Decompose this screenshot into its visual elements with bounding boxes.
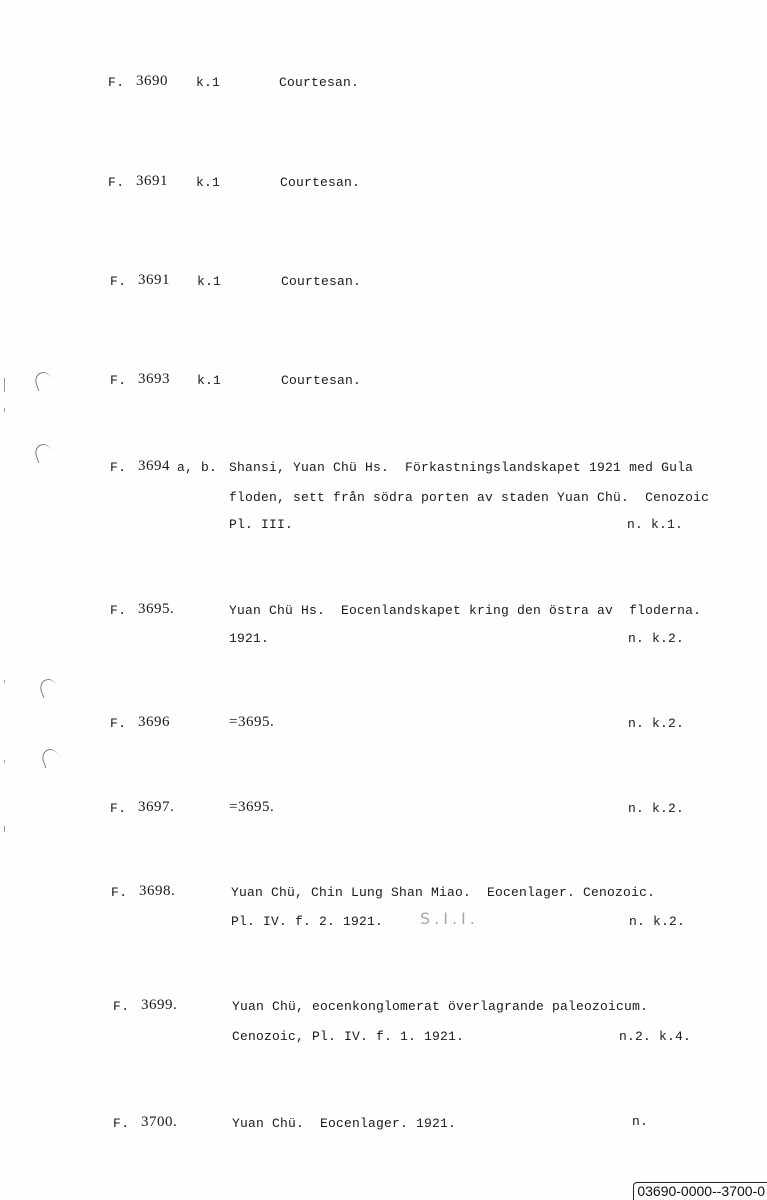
entry-prefix: F.	[110, 716, 127, 731]
entry-number: 3693	[138, 371, 170, 388]
margin-mark	[4, 760, 5, 763]
entry-number: 3697.	[138, 799, 174, 816]
entry-number: 3698.	[139, 883, 175, 900]
entry-description: Yuan Chü. Eocenlager. 1921.	[232, 1116, 456, 1131]
entry-description-line: Pl. IV. f. 2. 1921.	[231, 914, 383, 929]
punch-hole-mark	[33, 370, 55, 392]
entry-prefix: F.	[111, 885, 128, 900]
entry-description-line: Cenozoic, Pl. IV. f. 1. 1921.	[232, 1029, 464, 1044]
entry-code: k.1	[196, 75, 220, 90]
entry-description: Courtesan.	[279, 75, 359, 90]
punch-hole-mark	[40, 747, 62, 769]
entry-description-line: 1921.	[229, 631, 269, 646]
entry-rating: n. k.2.	[628, 631, 684, 646]
entry-description-line: Pl. III.	[229, 517, 293, 532]
entry-description: Courtesan.	[281, 373, 361, 388]
entry-number: 3699.	[141, 997, 177, 1014]
entry-prefix: F.	[113, 999, 130, 1014]
entry-rating: n. k.2.	[628, 716, 684, 731]
entry-number: 3700.	[141, 1114, 177, 1131]
entry-number: 3691	[138, 272, 170, 289]
entry-description-line: Shansi, Yuan Chü Hs. Förkastningslandska…	[229, 460, 693, 475]
entry-description-line: floden, sett från södra porten av staden…	[229, 490, 709, 505]
entry-description-line: Yuan Chü, eocenkonglomerat överlagrande …	[232, 999, 648, 1014]
entry-prefix: F.	[113, 1116, 130, 1131]
entry-number: 3696	[138, 714, 170, 731]
entry-prefix: F.	[108, 75, 125, 90]
entry-prefix: F.	[110, 603, 127, 618]
entry-code: k.1	[197, 373, 221, 388]
archive-id-label: 03690-0000--3700-0	[633, 1182, 767, 1200]
entry-prefix: F.	[110, 274, 127, 289]
entry-prefix: F.	[108, 175, 125, 190]
entry-prefix: F.	[110, 801, 127, 816]
entry-description: Courtesan.	[281, 274, 361, 289]
margin-mark	[4, 408, 5, 412]
entry-number: 3695.	[138, 601, 174, 618]
margin-mark	[4, 826, 5, 832]
entry-rating: n.2. k.4.	[619, 1029, 691, 1044]
entry-description: =3695.	[229, 714, 274, 731]
entry-rating: n. k.2.	[628, 801, 684, 816]
entry-description: Courtesan.	[280, 175, 360, 190]
punch-hole-mark	[33, 442, 55, 464]
entry-number: 3691	[136, 173, 168, 190]
document-page: F. 3690 k.1 Courtesan. F. 3691 k.1 Court…	[0, 0, 767, 1200]
entry-description-line: Yuan Chü Hs. Eocenlandskapet kring den ö…	[229, 603, 701, 618]
entry-code: k.1	[197, 274, 221, 289]
margin-mark	[4, 378, 5, 392]
entry-code: a, b.	[177, 460, 217, 475]
entry-description-line: Yuan Chü, Chin Lung Shan Miao. Eocenlage…	[231, 885, 655, 900]
pencil-annotation: S.I.I.	[420, 909, 479, 928]
entry-prefix: F.	[110, 373, 127, 388]
entry-rating: n. k.1.	[627, 517, 683, 532]
entry-prefix: F.	[110, 460, 127, 475]
entry-code: k.1	[196, 175, 220, 190]
punch-hole-mark	[38, 677, 60, 699]
entry-description: =3695.	[229, 799, 274, 816]
entry-number: 3694	[138, 458, 170, 475]
entry-number: 3690	[136, 73, 168, 90]
entry-rating: n.	[632, 1114, 648, 1129]
entry-rating: n. k.2.	[629, 914, 685, 929]
margin-mark	[4, 680, 5, 683]
